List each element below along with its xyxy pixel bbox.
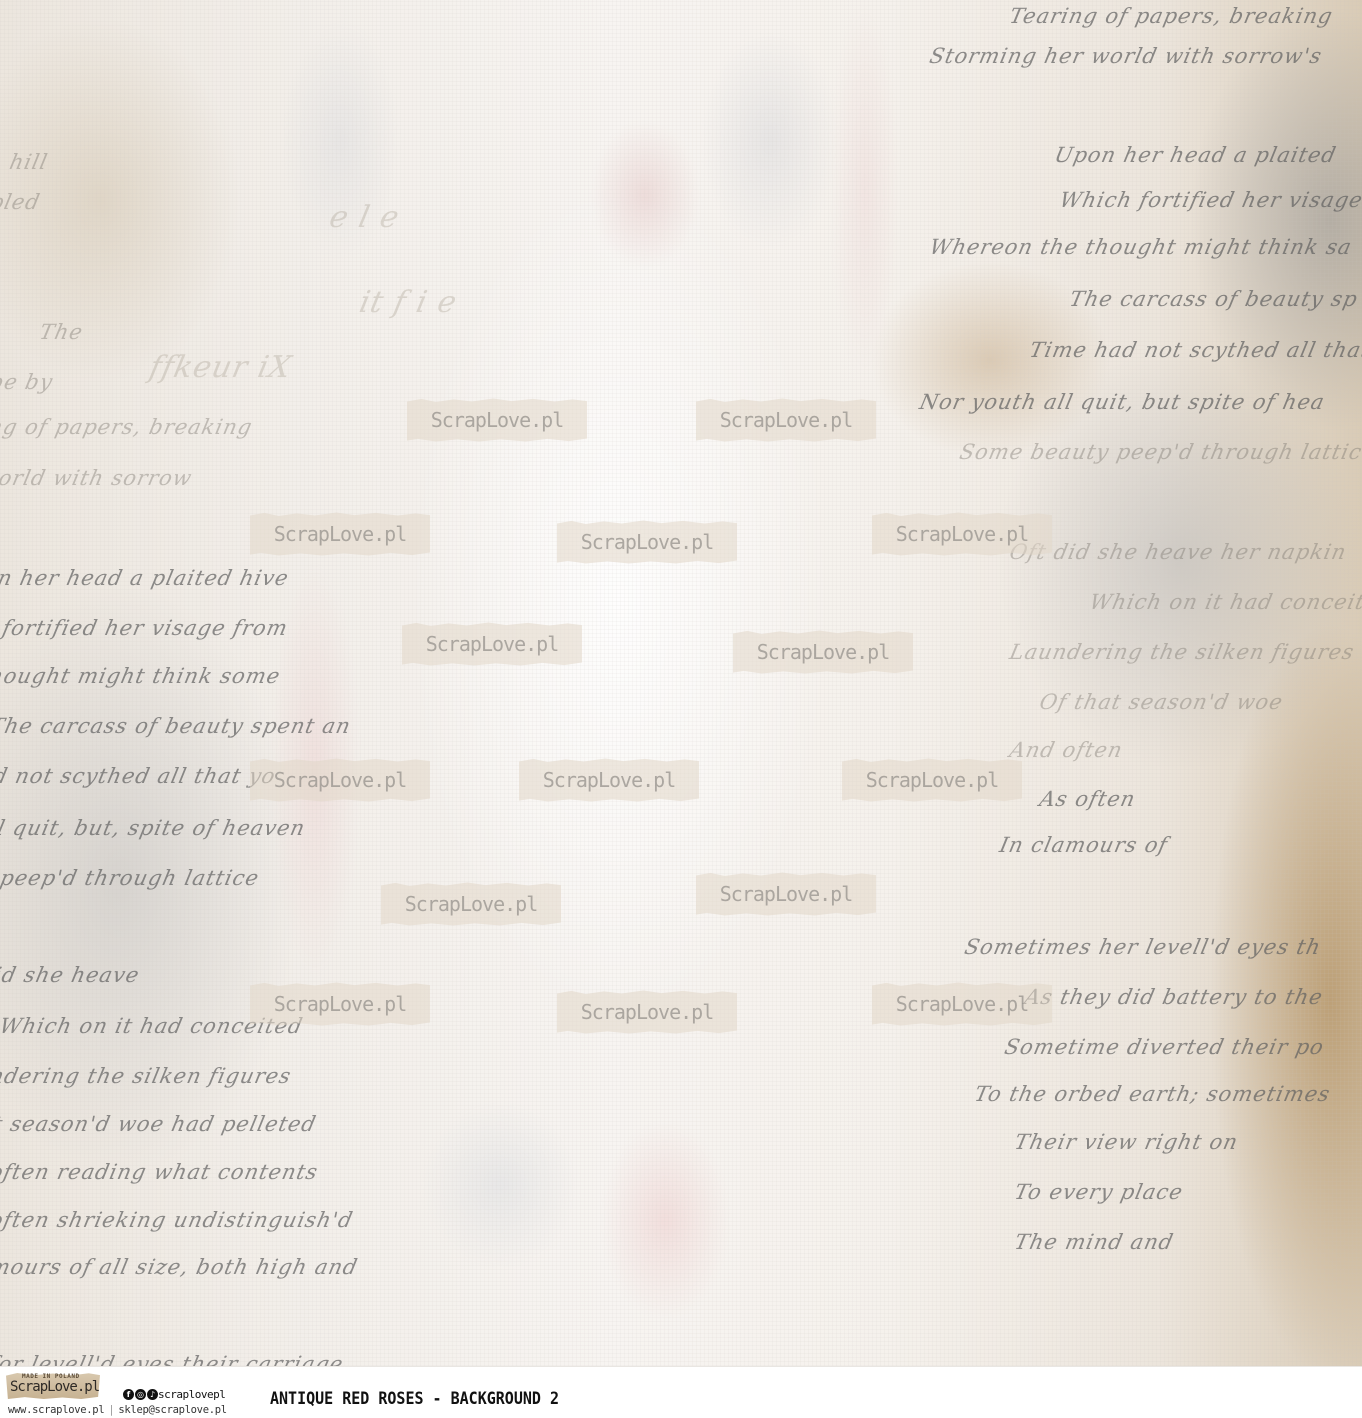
watermark-label: ScrapLove.pl xyxy=(696,398,876,442)
script-line: ad not scythed all that yo xyxy=(0,764,278,788)
script-line: ll quit, but, spite of heaven xyxy=(0,816,308,840)
script-line: The carcass of beauty sp xyxy=(1067,287,1360,311)
email-link[interactable]: sklep@scraplove.pl xyxy=(118,1404,226,1416)
script-line: often shrieking undistinguish'd xyxy=(0,1208,355,1232)
watermark-label: ScrapLove.pl xyxy=(872,512,1052,556)
script-line: be by xyxy=(0,370,55,394)
damask-ornament xyxy=(590,120,700,270)
script-line: Some beauty peep'd through lattice xyxy=(957,440,1362,464)
scrapbook-paper-background: Tearing of papers, breakingStorming her … xyxy=(0,0,1362,1366)
watermark-label: ScrapLove.pl xyxy=(696,872,876,916)
script-line: often reading what contents xyxy=(0,1160,321,1184)
script-line: And often xyxy=(1007,738,1125,762)
script-line: Laundering the silken figures xyxy=(1007,640,1356,664)
script-line: pon her head a plaited hive xyxy=(0,566,291,590)
script-line: ring of papers, breaking xyxy=(0,415,255,439)
facebook-icon[interactable]: f xyxy=(123,1389,134,1400)
script-line: Oft did she heave her napkin xyxy=(1007,540,1348,564)
script-line: Of that season'd woe xyxy=(1037,690,1285,714)
watermark-label: ScrapLove.pl xyxy=(250,982,430,1026)
script-line: Sometime diverted their po xyxy=(1002,1035,1326,1059)
damask-ornament xyxy=(420,1100,580,1270)
script-line: pled xyxy=(0,190,43,214)
script-line: As they did battery to the xyxy=(1022,985,1325,1009)
damask-ornament xyxy=(600,1120,730,1320)
script-line: for levell'd eyes their carriage xyxy=(0,1352,346,1366)
watermark-label: ScrapLove.pl xyxy=(842,758,1022,802)
watermark-label: ScrapLove.pl xyxy=(733,630,913,674)
script-line: Their view right on xyxy=(1012,1130,1240,1154)
script-line: ndering the silken figures xyxy=(0,1064,294,1088)
script-line: Which on it had conceited xyxy=(1087,590,1362,614)
script-line: Tearing of papers, breaking xyxy=(1007,4,1335,28)
tiktok-icon[interactable]: ♪ xyxy=(147,1389,158,1400)
script-line: world with sorrow xyxy=(0,466,194,490)
contact-info: www.scraplove.pl|sklep@scraplove.pl xyxy=(8,1404,227,1416)
script-line: Upon her head a plaited xyxy=(1052,143,1338,167)
separator: | xyxy=(108,1404,114,1416)
script-line: y peep'd through lattice xyxy=(0,866,262,890)
ghost-script: it f i e xyxy=(356,285,460,320)
social-icons: f ◎ ♪ xyxy=(123,1389,158,1400)
script-line: As often xyxy=(1037,787,1138,811)
script-line: hill xyxy=(7,150,50,174)
ghost-script: e l e xyxy=(326,200,403,235)
script-line: Which fortified her visage xyxy=(1057,188,1362,212)
watermark-label: ScrapLove.pl xyxy=(250,512,430,556)
product-title: ANTIQUE RED ROSES - BACKGROUND 2 xyxy=(270,1388,559,1409)
script-line: Time had not scythed all that xyxy=(1027,338,1362,362)
script-line: The xyxy=(37,320,85,344)
ghost-script: ffkeur iX xyxy=(146,350,295,385)
watermark-label: ScrapLove.pl xyxy=(250,758,430,802)
script-line: Sometimes her levell'd eyes th xyxy=(962,935,1323,959)
script-line: did she heave xyxy=(0,963,142,987)
script-line: Storming her world with sorrow's xyxy=(927,44,1324,68)
script-line: To the orbed earth; sometimes xyxy=(972,1082,1332,1106)
script-line: thought might think some xyxy=(0,664,283,688)
product-footer: MADE IN POLAND ScrapLove.pl f ◎ ♪ scrapl… xyxy=(0,1366,1362,1418)
script-line: In clamours of xyxy=(997,833,1170,857)
script-line: The mind and xyxy=(1012,1230,1176,1254)
instagram-icon[interactable]: ◎ xyxy=(135,1389,146,1400)
script-line: The carcass of beauty spent an xyxy=(0,714,353,738)
logo-name: ScrapLove.pl xyxy=(10,1379,99,1395)
watermark-label: ScrapLove.pl xyxy=(407,398,587,442)
watermark-label: ScrapLove.pl xyxy=(872,982,1052,1026)
watermark-label: ScrapLove.pl xyxy=(519,758,699,802)
damask-ornament xyxy=(830,0,900,380)
script-line: To every place xyxy=(1012,1180,1185,1204)
watermark-label: ScrapLove.pl xyxy=(381,882,561,926)
script-line: Whereon the thought might think sa xyxy=(927,235,1354,259)
script-line: ich fortified her visage from xyxy=(0,616,290,640)
script-line: at season'd woe had pelleted xyxy=(0,1112,319,1136)
watermark-label: ScrapLove.pl xyxy=(557,990,737,1034)
watermark-label: ScrapLove.pl xyxy=(557,520,737,564)
watermark-label: ScrapLove.pl xyxy=(402,622,582,666)
damask-ornament xyxy=(700,30,840,250)
script-line: mours of all size, both high and xyxy=(0,1255,360,1279)
script-line: Nor youth all quit, but spite of hea xyxy=(917,390,1327,414)
website-link[interactable]: www.scraplove.pl xyxy=(8,1404,104,1416)
social-handle[interactable]: scraplovepl xyxy=(158,1388,225,1401)
